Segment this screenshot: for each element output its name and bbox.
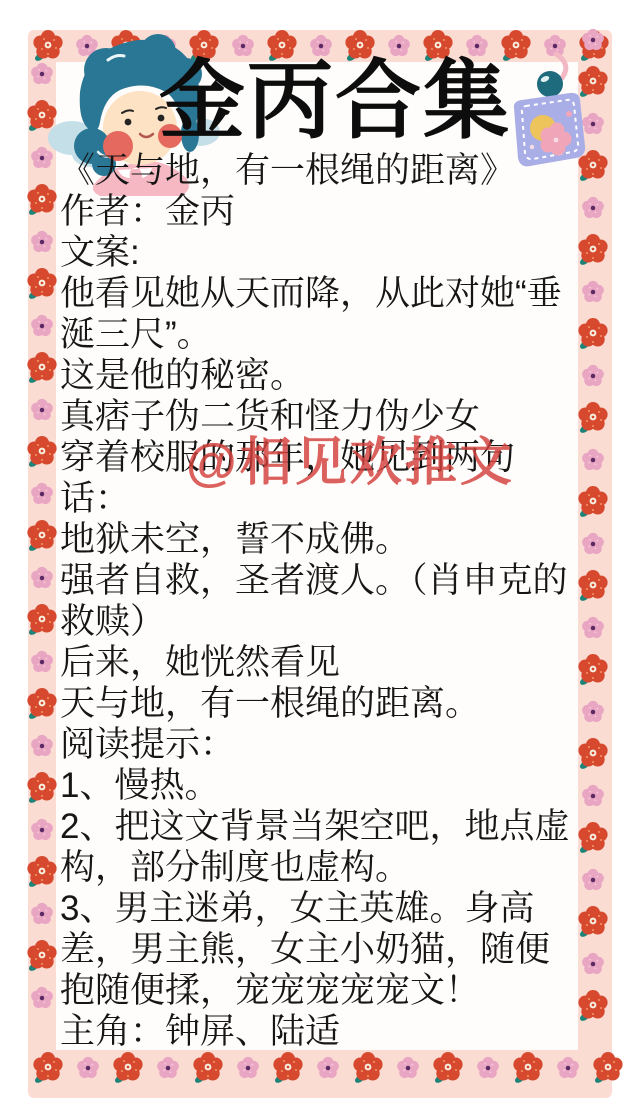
pink-flower-icon: [30, 230, 55, 255]
book-title: 《天与地，有一根绳的距离》: [60, 150, 584, 191]
pink-flower-icon: [30, 818, 55, 843]
text-line: 1、慢热。: [60, 765, 584, 806]
book-description: 《天与地，有一根绳的距离》 作者：金丙 文案: 他看见她从天而降，从此对她“垂涎…: [60, 150, 584, 1052]
red-flower-icon: [26, 940, 58, 972]
pink-flower-icon: [581, 532, 606, 557]
pink-flower-icon: [581, 448, 606, 473]
leads-line: 主角：钟屏、陆适: [60, 1011, 584, 1052]
text-line: 2、把这文背景当架空吧，地点虚构，部分制度也虚构。: [60, 806, 584, 888]
page-title: 金丙合集: [150, 46, 520, 156]
watermark: @相见欢推文: [186, 420, 515, 495]
red-flower-icon: [26, 520, 58, 552]
text-line: 他看见她从天而降，从此对她“垂涎三尺”。: [60, 273, 584, 355]
pink-flower-icon: [30, 482, 55, 507]
synopsis-lines: 他看见她从天而降，从此对她“垂涎三尺”。这是他的秘密。真痞子伪二货和怪力伪少女穿…: [60, 273, 584, 724]
red-flower-icon: [26, 436, 58, 468]
text-line: 后来，她恍然看见: [60, 642, 584, 683]
red-flower-icon: [592, 1052, 624, 1084]
red-flower-icon: [26, 772, 58, 804]
pink-flower-icon: [581, 616, 606, 641]
pink-flower-icon: [581, 868, 606, 893]
red-flower-icon: [26, 688, 58, 720]
reading-tips-label: 阅读提示：: [60, 724, 584, 765]
pink-flower-icon: [30, 566, 55, 591]
red-flower-icon: [32, 1052, 64, 1084]
pink-flower-icon: [30, 986, 55, 1011]
red-flower-icon: [26, 268, 58, 300]
pink-flower-icon: [581, 784, 606, 809]
pink-flower-icon: [476, 1056, 501, 1081]
pink-flower-icon: [581, 364, 606, 389]
text-line: 这是他的秘密。: [60, 355, 584, 396]
red-flower-icon: [352, 1052, 384, 1084]
pink-flower-icon: [30, 314, 55, 339]
pink-flower-icon: [30, 734, 55, 759]
text-line: 天与地，有一根绳的距离。: [60, 683, 584, 724]
red-flower-icon: [272, 1052, 304, 1084]
red-flower-icon: [26, 352, 58, 384]
pink-flower-icon: [581, 700, 606, 725]
pink-flower-icon: [30, 902, 55, 927]
pink-flower-icon: [76, 1056, 101, 1081]
pink-flower-icon: [556, 1056, 581, 1081]
text-line: 地狱未空，誓不成佛。: [60, 519, 584, 560]
red-flower-icon: [112, 1052, 144, 1084]
red-flower-icon: [432, 1052, 464, 1084]
pink-flower-icon: [316, 1056, 341, 1081]
pink-flower-icon: [581, 196, 606, 221]
text-line: 强者自救，圣者渡人。（肖申克的救赎）: [60, 560, 584, 642]
reading-tips-lines: 1、慢热。2、把这文背景当架空吧，地点虚构，部分制度也虚构。3、男主迷弟，女主英…: [60, 765, 584, 1011]
pink-flower-icon: [581, 28, 606, 53]
pink-flower-icon: [156, 1056, 181, 1081]
text-line: 3、男主迷弟，女主英雄。身高差，男主熊，女主小奶猫，随便抱随便揉，宠宠宠宠宠文！: [60, 888, 584, 1011]
pink-flower-icon: [581, 952, 606, 977]
red-flower-icon: [26, 604, 58, 636]
pink-flower-icon: [30, 650, 55, 675]
pink-flower-icon: [396, 1056, 421, 1081]
author-line: 作者：金丙: [60, 191, 584, 232]
pink-flower-icon: [581, 280, 606, 305]
pink-flower-icon: [236, 1056, 261, 1081]
synopsis-label: 文案:: [60, 232, 584, 273]
red-flower-icon: [512, 1052, 544, 1084]
red-flower-icon: [192, 1052, 224, 1084]
pink-flower-icon: [30, 398, 55, 423]
red-flower-icon: [26, 856, 58, 888]
